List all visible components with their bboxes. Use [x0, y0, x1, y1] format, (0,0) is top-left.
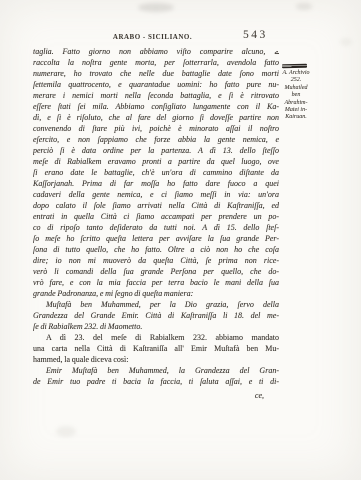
body-line: ſe di Rabialkem 232. di Maometto.: [33, 321, 279, 332]
body-line: Emir Muſtafà ben Muhammed, la Grandezza …: [33, 365, 279, 376]
body-line: eſercito, e non ſappiamo che forze abbia…: [33, 134, 279, 145]
body-line: dopo calato il ſole ſiamo arrivati nella…: [33, 200, 279, 211]
body-line: convenendo di ſtare più ivi, poichè è mi…: [33, 123, 279, 134]
body-line: Grandezza del Grande Emir. Città di Kaſt…: [33, 310, 279, 321]
body-text-block: taglia. Fatto giorno non abbiamo viſto c…: [33, 46, 279, 387]
body-line: co di ripoſo tanto deſiderato da tutti n…: [33, 222, 279, 233]
body-line: A dì 23. del meſe di Rabialkem 232. abbi…: [33, 332, 279, 343]
body-line: hammed, la quale diceva così:: [33, 354, 279, 365]
body-line: una carta nella Città di Kaſtraniſſa all…: [33, 343, 279, 354]
margin-note-line: Abrahim-: [278, 100, 314, 107]
body-line: perciò ſi è data ordine per la partenza.…: [33, 145, 279, 156]
margin-rule-ornament: [282, 64, 307, 68]
body-line: Kaſſorjanah. Prima di far moſſa ho fatto…: [33, 178, 279, 189]
body-line: dire; io non mi muoverò da queſta Città,…: [33, 255, 279, 266]
catchword: ce,: [33, 391, 279, 400]
body-line: dì, e ſi è riſoluto, che al fare del gio…: [33, 112, 279, 123]
body-line: grande Padronanza, e mi ſegno di queſta …: [33, 288, 279, 299]
margin-note: A. Archivio252.MuhailedbenAbrahim-Matei …: [278, 70, 314, 122]
body-line: eſſere ſtati ſei mila. Abbiamo conſiglia…: [33, 101, 279, 112]
body-line: verò li comandi della ſua grande Perſona…: [33, 266, 279, 277]
body-line: meſe di Rabialkem eravamo pronti a parti…: [33, 156, 279, 167]
body-line: ſettemila quattrocento, e quarantadue uo…: [33, 79, 279, 90]
scan-smudge: [138, 3, 174, 12]
scan-smudge: [56, 426, 76, 437]
scan-smudge: [296, 3, 312, 10]
body-line: ſona di tutto quello, che ho fatto. Oltr…: [33, 244, 279, 255]
margin-note-line: ben: [278, 92, 314, 99]
body-line: merare i nemici morti nella ſeconda batt…: [33, 90, 279, 101]
margin-note-line: 252.: [278, 77, 314, 84]
body-line: taglia. Fatto giorno non abbiamo viſto c…: [33, 46, 279, 57]
body-line: raccolta la noſtra gente morta, per ſott…: [33, 57, 279, 68]
book-page: ARABO - SICILIANO. 543 taglia. Fatto gio…: [0, 0, 361, 480]
body-line: cadaveri della gente nemica, e ci ſiamo …: [33, 189, 279, 200]
body-line: entrati in quella Città ci ſiamo accampa…: [33, 211, 279, 222]
body-line: ſo meſe ho ſcritto queſta lettera per av…: [33, 233, 279, 244]
body-line: de Emir tuo padre ti bacia la faccia, ti…: [33, 376, 279, 387]
body-line: vrò fare, e con la mia faccia per terra …: [33, 277, 279, 288]
body-line: ſi erano date le battaglie, ch'è un'ora …: [33, 167, 279, 178]
margin-note-line: Kairuan.: [278, 114, 314, 121]
body-line: Muſtafà ben Muhammed, per la Dio grazia,…: [33, 299, 279, 310]
page-number: 543: [243, 29, 268, 41]
body-line: numerare, ho trovato che nelle due batta…: [33, 68, 279, 79]
scan-smudge: [340, 38, 352, 46]
